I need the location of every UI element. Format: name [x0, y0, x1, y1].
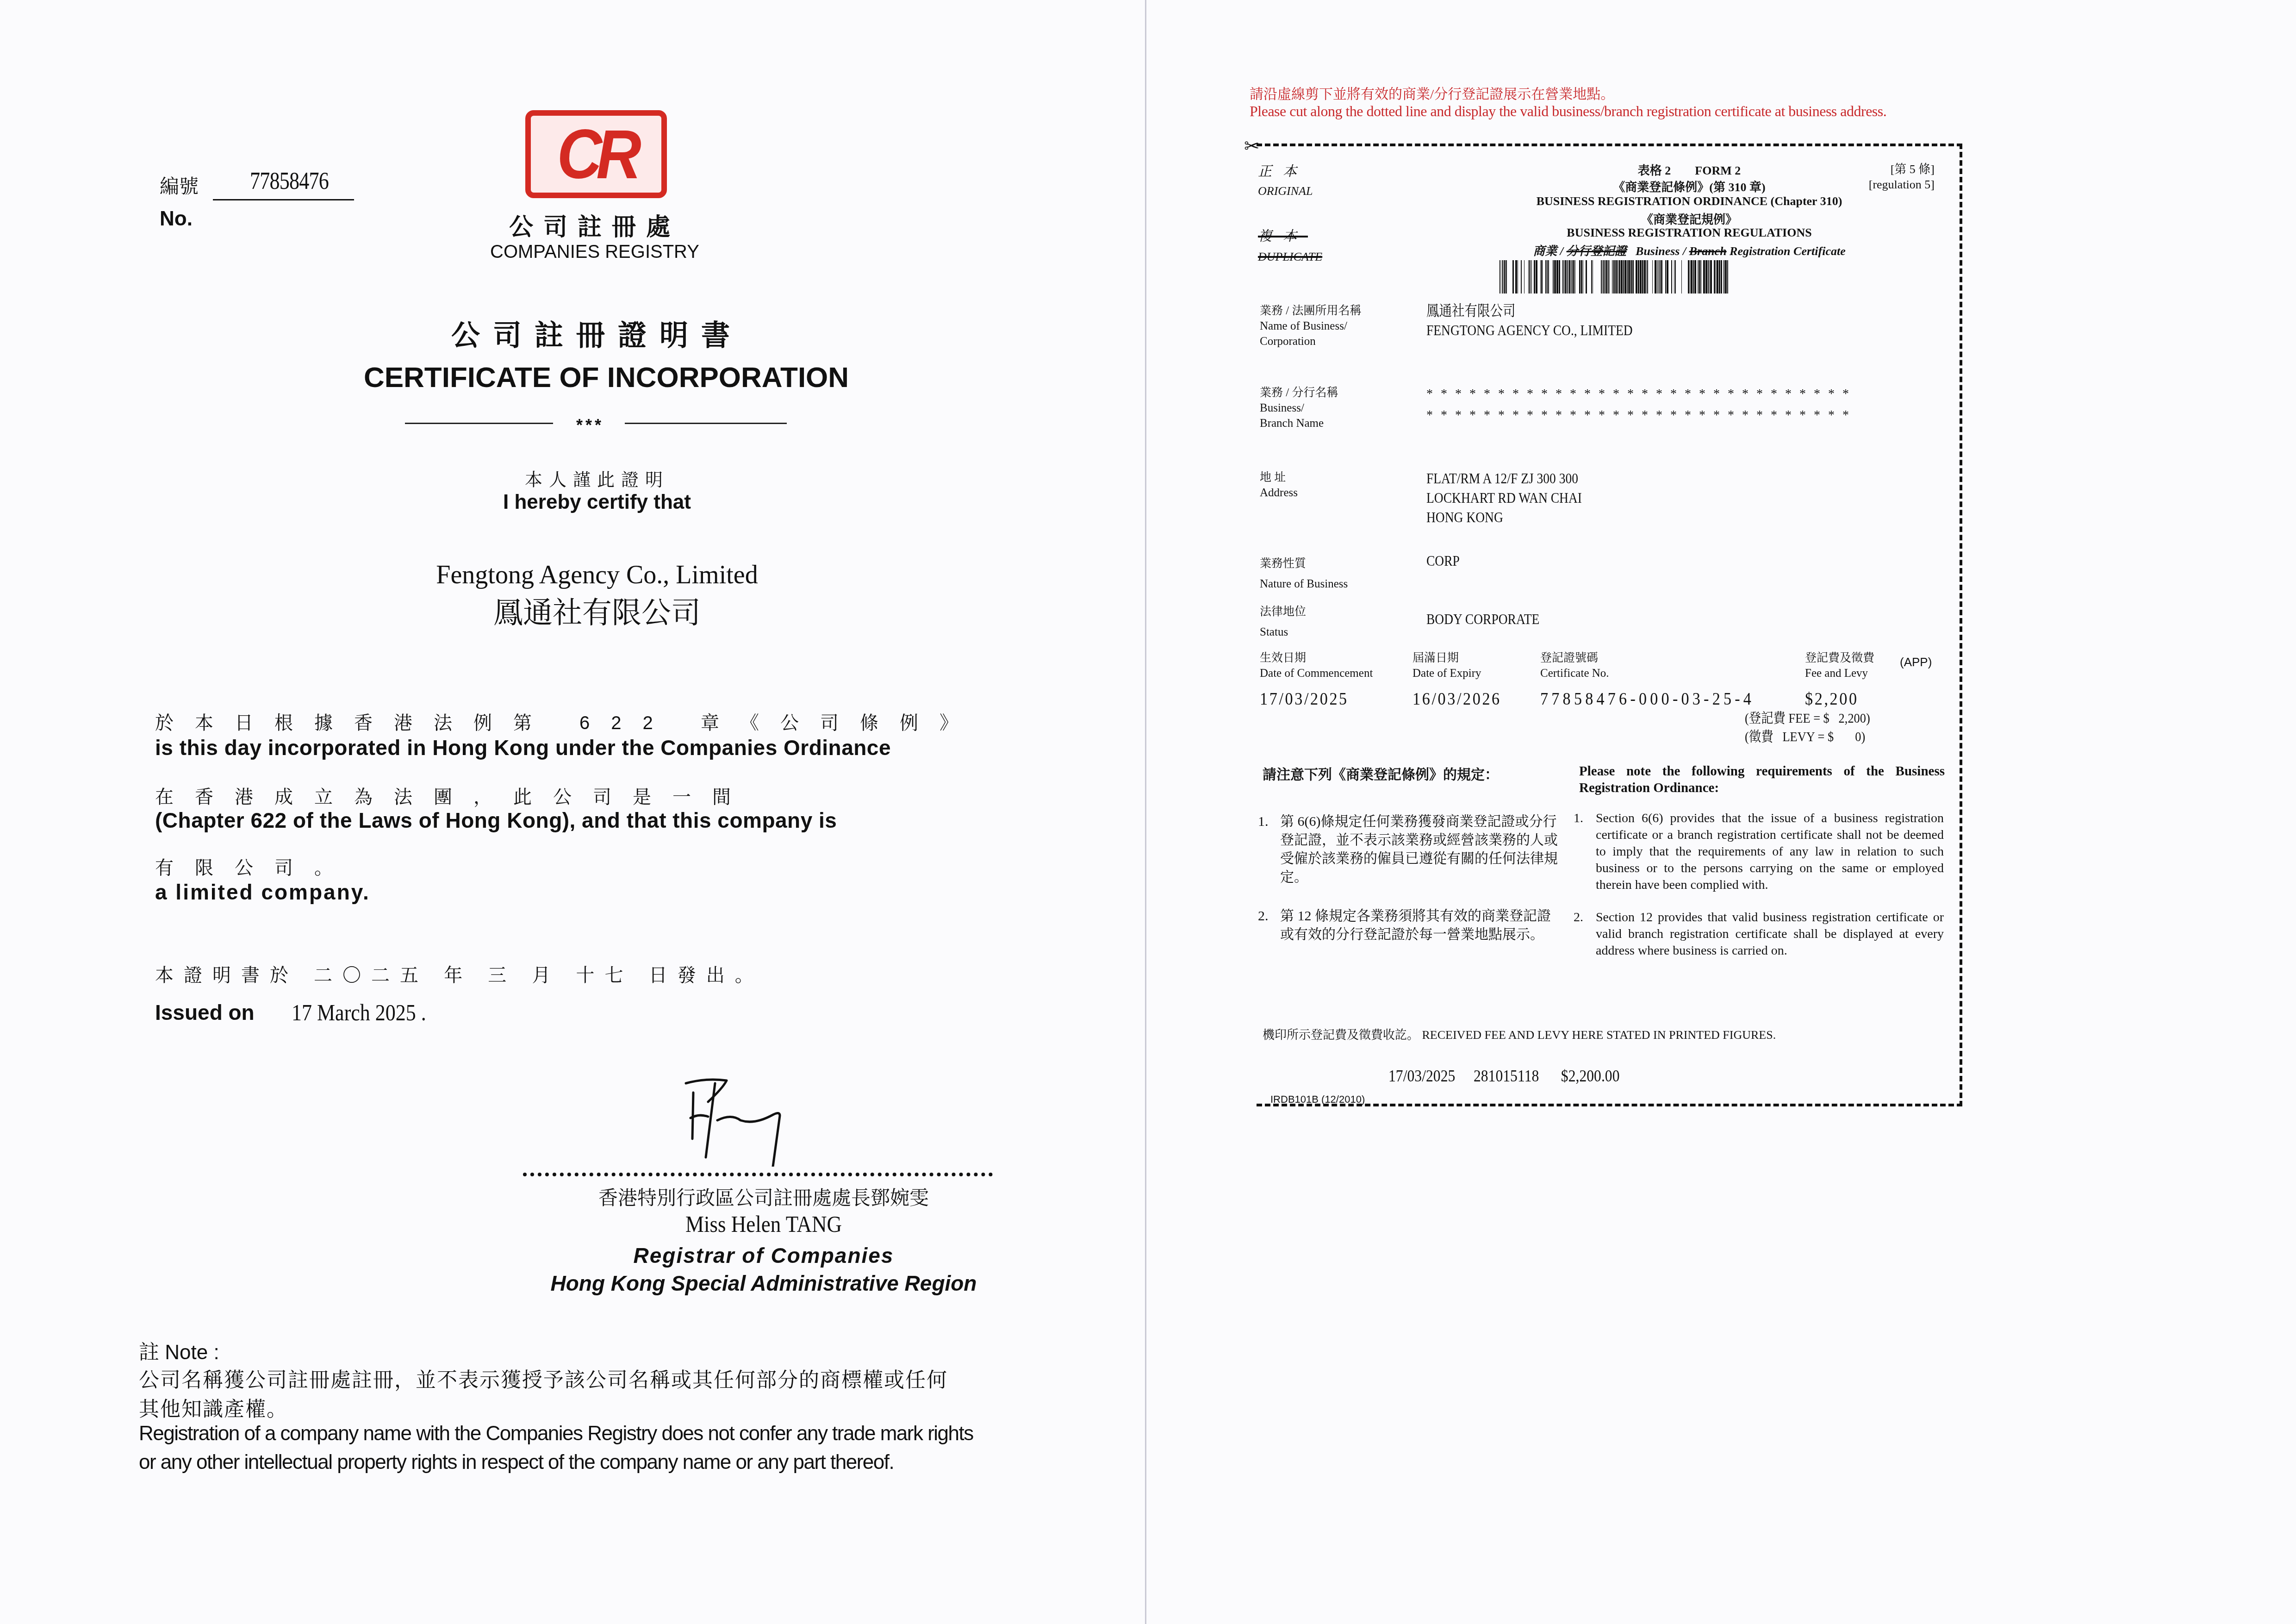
cut-instruction-en: Please cut along the dotted line and dis… — [1250, 103, 1886, 120]
nature-of-business-label: 業務性質 Nature of Business — [1260, 554, 1348, 594]
body-line3-en: a limited company. — [155, 880, 370, 905]
copy-duplicate-en: DUPLICATE — [1258, 250, 1322, 264]
branch-name-value: ****************************** *********… — [1426, 383, 1857, 426]
address-value: FLAT/RM A 12/F ZJ 300 300 LOCKHART RD WA… — [1426, 468, 1582, 527]
body-line1-en: is this day incorporated in Hong Kong un… — [155, 735, 891, 760]
certificate-type: 商業 / 分行登記證 Business / Branch Registratio… — [1458, 242, 1921, 259]
business-name-en: FENGTONG AGENCY CO., LIMITED — [1426, 320, 1633, 340]
receipt-line: 17/03/2025 281015118 $2,200.00 — [1388, 1066, 1620, 1086]
logo-text: CR — [557, 119, 635, 189]
note-label: 註 Note : — [139, 1336, 219, 1365]
certify-statement-zh: 本人謹此證明 — [407, 465, 787, 491]
cert-type-business-zh: 商業 — [1533, 244, 1557, 258]
company-name-zh: 鳳通社有限公司 — [324, 589, 870, 631]
cert-type-sep: / — [1557, 244, 1566, 258]
registrar-region: Hong Kong Special Administrative Region — [509, 1271, 1018, 1296]
title-ornament: *** — [560, 416, 620, 435]
regulations-zh: 《商業登記規例》 — [1458, 210, 1921, 227]
issued-on-label: Issued on — [155, 1000, 255, 1025]
cert-type-branch-zh: 分行登記證 — [1567, 244, 1627, 258]
requirements-heading-zh: 請注意下列《商業登記條例》的規定： — [1263, 763, 1499, 783]
body-line1-zh: 於本日根據香港法例第 622 章《公司條例》 — [155, 708, 979, 735]
registrar-signature — [680, 1074, 805, 1167]
cert-type-branch-en: Branch — [1689, 244, 1727, 258]
title-rule-left — [405, 423, 553, 424]
expiry-date-label: 屆滿日期 Date of Expiry — [1412, 650, 1481, 681]
fee-and-levy-label: 登記費及徵費 Fee and Levy — [1805, 650, 1874, 681]
cert-type-business-en: Business / — [1636, 244, 1686, 258]
note-zh-line2: 其他知識產權。 — [139, 1393, 288, 1422]
requirements-list-zh: 1. 第 6(6)條規定任何業務獲發商業登記證或分行登記證，並不表示該業務或經營… — [1258, 812, 1563, 944]
branch-name-label: 業務 / 分行名稱 Business/ Branch Name — [1260, 385, 1338, 431]
certificate-number-label: 登記證號碼 Certificate No. — [1540, 650, 1609, 681]
commencement-date-value: 17/03/2025 — [1260, 689, 1349, 709]
note-en-line2: or any other intellectual property right… — [139, 1451, 894, 1474]
registration-number-label-en: No. — [160, 207, 193, 231]
form-code: IRDB101B (12/2010) — [1270, 1093, 1365, 1106]
note-zh-line1: 公司名稱獲公司註冊處註冊，並不表示獲授予該公司名稱或其任何部分的商標權或任何 — [139, 1363, 948, 1393]
title-rule-right — [625, 423, 787, 424]
fee-breakdown-fee: (登記費 FEE = $ 2,200) — [1745, 709, 1870, 728]
certify-statement-en: I hereby certify that — [407, 491, 787, 514]
certificate-title-zh: 公司註冊證明書 — [407, 312, 787, 354]
registry-name-en: COMPANIES REGISTRY — [467, 242, 722, 262]
regulations-en: BUSINESS REGISTRATION REGULATIONS — [1458, 226, 1921, 240]
body-line2-zh: 在香港成立為法團，此公司是一間 — [155, 782, 752, 809]
registrar-title: Registrar of Companies — [509, 1243, 1018, 1268]
status-label: 法律地位 Status — [1260, 602, 1306, 643]
registrar-name-zh: 香港特別行政區公司註冊處處長鄧婉雯 — [509, 1183, 1018, 1211]
cert-type-suffix-en: Registration Certificate — [1730, 244, 1846, 258]
requirement-item: 2. 第 12 條規定各業務須將其有效的商業登記證或有效的分行登記證於每一營業地… — [1258, 907, 1563, 944]
address-label: 地 址 Address — [1260, 470, 1298, 500]
form-number: 表格 2 FORM 2 — [1458, 161, 1921, 178]
requirements-heading-en: Please note the following requirements o… — [1579, 763, 1945, 796]
fee-received-statement: 機印所示登記費及徵費收訖。 RECEIVED FEE AND LEVY HERE… — [1263, 1025, 1776, 1043]
nature-of-business-value: CORP — [1426, 551, 1460, 570]
certificate-title-en: CERTIFICATE OF INCORPORATION — [324, 361, 889, 394]
certificate-number-value: 77858476-000-03-25-4 — [1540, 689, 1755, 709]
cut-instruction-zh: 請沿虛線剪下並將有效的商業/分行登記證展示在營業地點。 — [1250, 82, 1614, 103]
expiry-date-value: 16/03/2026 — [1412, 689, 1501, 709]
regulation-ref-en: [regulation 5] — [1851, 178, 1935, 192]
requirement-item: 1. Section 6(6) provides that the issue … — [1574, 810, 1944, 893]
registration-number-label-zh: 編號 — [160, 171, 199, 199]
registrar-name-en: Miss Helen TANG — [535, 1211, 993, 1237]
registration-number: 77858476 — [250, 168, 329, 195]
requirement-item: 1. 第 6(6)條規定任何業務獲發商業登記證或分行登記證，並不表示該業務或經營… — [1258, 812, 1563, 887]
note-en-line1: Registration of a company name with the … — [139, 1422, 973, 1445]
fee-breakdown-levy: (徵費 LEVY = $ 0) — [1745, 728, 1870, 746]
page-divider — [1145, 0, 1146, 1624]
registration-number-underline — [213, 199, 354, 200]
fee-value: $2,200 — [1805, 689, 1859, 709]
copy-original-zh: 正本 — [1258, 160, 1308, 180]
business-name-value: 鳳通社有限公司 FENGTONG AGENCY CO., LIMITED — [1426, 301, 1633, 340]
body-line2-en: (Chapter 622 of the Laws of Hong Kong), … — [155, 808, 837, 833]
fee-breakdown: (登記費 FEE = $ 2,200) (徵費 LEVY = $ 0) — [1745, 709, 1870, 746]
company-name-en: Fengtong Agency Co., Limited — [324, 560, 870, 590]
status-value: BODY CORPORATE — [1426, 609, 1539, 629]
body-line3-zh: 有限公司。 — [155, 853, 354, 880]
business-name-label: 業務 / 法團所用名稱 Name of Business/ Corporatio… — [1260, 303, 1361, 349]
issued-date-en: 17 March 2025 . — [292, 999, 426, 1026]
companies-registry-logo: CR — [525, 110, 667, 198]
business-name-zh: 鳳通社有限公司 — [1426, 301, 1633, 320]
issued-date-zh: 本證明書於 二〇二五 年 三 月 十七 日發出。 — [155, 961, 764, 987]
copy-original-en: ORIGINAL — [1258, 184, 1313, 198]
application-tag: (APP) — [1900, 655, 1932, 669]
signature-dotted-line — [523, 1173, 993, 1176]
barcode — [1500, 260, 1731, 294]
ordinance-en: BUSINESS REGISTRATION ORDINANCE (Chapter… — [1458, 194, 1921, 208]
commencement-date-label: 生效日期 Date of Commencement — [1260, 650, 1373, 681]
copy-duplicate-zh: 複本 — [1258, 225, 1308, 245]
scissors-icon: ✂ — [1244, 135, 1260, 157]
registry-name-zh: 公司註冊處 — [491, 207, 699, 242]
requirements-list-en: 1. Section 6(6) provides that the issue … — [1574, 810, 1944, 959]
regulation-ref-zh: [第 5 條] — [1874, 160, 1935, 177]
requirement-item: 2. Section 12 provides that valid busine… — [1574, 909, 1944, 959]
